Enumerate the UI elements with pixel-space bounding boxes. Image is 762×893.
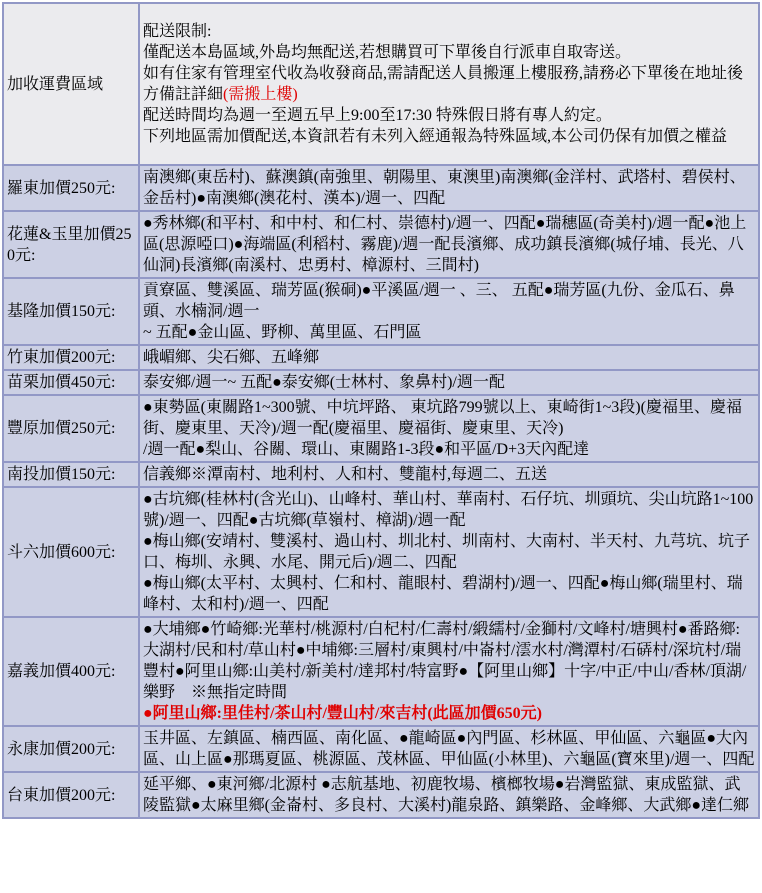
text-segment: 延平鄉、●東河鄉/北源村 ●志航基地、初鹿牧場、檳榔牧場●岩灣監獄、東成監獄、武… xyxy=(143,776,749,814)
text-segment: ●梅山鄉(安靖村、雙溪村、過山村、圳北村、圳南村、大南村、半天村、九芎坑、坑子口… xyxy=(143,533,750,571)
table-row: 嘉義加價400元:●大埔鄉●竹崎鄉:光華村/桃源村/白杞村/仁壽村/緞繻村/金獅… xyxy=(3,617,759,726)
text-segment: ●東勢區(東關路1~300號、中坑坪路、 東坑路799號以上、東崎街1~3段)(… xyxy=(143,399,742,437)
text-segment: 南澳鄉(東岳村)、蘇澳鎮(南強里、朝陽里、東澳里)南澳鄉(金洋村、武塔村、碧侯村… xyxy=(143,169,746,207)
row-content: ●古坑鄉(桂林村(含光山)、山峰村、華山村、華南村、石仔坑、圳頭坑、尖山坑路1~… xyxy=(139,487,759,617)
table-row: 竹東加價200元:峨嵋鄉、尖石鄉、五峰鄉 xyxy=(3,345,759,370)
text-segment: 玉井區、左鎮區、楠西區、南化區、●龍崎區●內門區、杉林區、甲仙區、六龜區●大內區… xyxy=(143,730,754,768)
text-segment: /週一配●梨山、谷關、環山、東關路1-3段●和平區/D+3天內配達 xyxy=(143,441,589,458)
shipping-table-body: 加收運費區域配送限制:僅配送本島區域,外島均無配送,若想購買可下單後自行派車自取… xyxy=(3,3,759,818)
row-content: 延平鄉、●東河鄉/北源村 ●志航基地、初鹿牧場、檳榔牧場●岩灣監獄、東成監獄、武… xyxy=(139,772,759,818)
row-content: 貢寮區、雙溪區、瑞芳區(猴硐)●平溪區/週一 、三、 五配●瑞芳區(九份、金瓜石… xyxy=(139,278,759,345)
row-label: 羅東加價250元: xyxy=(3,165,139,211)
row-content: 南澳鄉(東岳村)、蘇澳鎮(南強里、朝陽里、東澳里)南澳鄉(金洋村、武塔村、碧侯村… xyxy=(139,165,759,211)
table-row: 苗栗加價450元:泰安鄉/週一~ 五配●泰安鄉(士林村、象鼻村)/週一配 xyxy=(3,370,759,395)
table-row: 永康加價200元:玉井區、左鎮區、楠西區、南化區、●龍崎區●內門區、杉林區、甲仙… xyxy=(3,726,759,772)
row-label: 台東加價200元: xyxy=(3,772,139,818)
row-label: 豐原加價250元: xyxy=(3,395,139,462)
row-content: 信義鄉※潭南村、地利村、人和村、雙龍村,每週二、五送 xyxy=(139,462,759,487)
table-header-row: 加收運費區域配送限制:僅配送本島區域,外島均無配送,若想購買可下單後自行派車自取… xyxy=(3,3,759,165)
text-segment: 配送時間均為週一至週五早上9:00至17:30 特殊假日將有專人約定。 xyxy=(143,107,612,124)
text-segment: 峨嵋鄉、尖石鄉、五峰鄉 xyxy=(143,349,319,366)
alert-text-segment: ●阿里山鄉:里佳村/茶山村/豐山村/來吉村(此區加價650元) xyxy=(143,705,542,722)
text-segment: 僅配送本島區域,外島均無配送,若想購買可下單後自行派車自取寄送。 xyxy=(143,44,631,61)
text-segment: 下列地區需加價配送,本資訊若有未列入經通報為特殊區域,本公司仍保有加價之權益 xyxy=(143,128,727,145)
table-row: 花蓮&玉里加價250元:●秀林鄉(和平村、和中村、和仁村、崇德村)/週一、四配●… xyxy=(3,211,759,278)
table-row: 南投加價150元:信義鄉※潭南村、地利村、人和村、雙龍村,每週二、五送 xyxy=(3,462,759,487)
alert-text-segment: (需搬上樓) xyxy=(223,86,298,103)
row-label: 苗栗加價450元: xyxy=(3,370,139,395)
text-segment: ●大埔鄉●竹崎鄉:光華村/桃源村/白杞村/仁壽村/緞繻村/金獅村/文峰村/塘興村… xyxy=(143,621,746,680)
table-row: 台東加價200元:延平鄉、●東河鄉/北源村 ●志航基地、初鹿牧場、檳榔牧場●岩灣… xyxy=(3,772,759,818)
row-label: 斗六加價600元: xyxy=(3,487,139,617)
row-label: 嘉義加價400元: xyxy=(3,617,139,726)
row-content: 配送限制:僅配送本島區域,外島均無配送,若想購買可下單後自行派車自取寄送。如有住… xyxy=(139,3,759,165)
text-segment: 信義鄉※潭南村、地利村、人和村、雙龍村,每週二、五送 xyxy=(143,466,547,483)
shipping-fee-table: 加收運費區域配送限制:僅配送本島區域,外島均無配送,若想購買可下單後自行派車自取… xyxy=(2,2,760,819)
table-row: 斗六加價600元:●古坑鄉(桂林村(含光山)、山峰村、華山村、華南村、石仔坑、圳… xyxy=(3,487,759,617)
row-label: 竹東加價200元: xyxy=(3,345,139,370)
row-content: ●大埔鄉●竹崎鄉:光華村/桃源村/白杞村/仁壽村/緞繻村/金獅村/文峰村/塘興村… xyxy=(139,617,759,726)
row-content: ●東勢區(東關路1~300號、中坑坪路、 東坑路799號以上、東崎街1~3段)(… xyxy=(139,395,759,462)
text-segment: 樂野 ※無指定時間 xyxy=(143,684,287,701)
row-label: 加收運費區域 xyxy=(3,3,139,165)
text-segment: 泰安鄉/週一~ 五配●泰安鄉(士林村、象鼻村)/週一配 xyxy=(143,374,505,391)
text-segment: 配送限制: xyxy=(143,23,211,40)
row-content: 泰安鄉/週一~ 五配●泰安鄉(士林村、象鼻村)/週一配 xyxy=(139,370,759,395)
row-label: 永康加價200元: xyxy=(3,726,139,772)
row-label: 南投加價150元: xyxy=(3,462,139,487)
text-segment: ●古坑鄉(桂林村(含光山)、山峰村、華山村、華南村、石仔坑、圳頭坑、尖山坑路1~… xyxy=(143,491,753,529)
text-segment: ~ 五配●金山區、野柳、萬里區、石門區 xyxy=(143,324,421,341)
row-label: 基隆加價150元: xyxy=(3,278,139,345)
text-segment: ●秀林鄉(和平村、和中村、和仁村、崇德村)/週一、四配●瑞穗區(奇美村)/週一配… xyxy=(143,215,746,274)
row-content: 峨嵋鄉、尖石鄉、五峰鄉 xyxy=(139,345,759,370)
table-row: 羅東加價250元:南澳鄉(東岳村)、蘇澳鎮(南強里、朝陽里、東澳里)南澳鄉(金洋… xyxy=(3,165,759,211)
table-row: 豐原加價250元:●東勢區(東關路1~300號、中坑坪路、 東坑路799號以上、… xyxy=(3,395,759,462)
row-content: ●秀林鄉(和平村、和中村、和仁村、崇德村)/週一、四配●瑞穗區(奇美村)/週一配… xyxy=(139,211,759,278)
text-segment: 貢寮區、雙溪區、瑞芳區(猴硐)●平溪區/週一 、三、 五配●瑞芳區(九份、金瓜石… xyxy=(143,282,735,320)
text-segment: ●梅山鄉(太平村、太興村、仁和村、龍眼村、碧湖村)/週一、四配●梅山鄉(瑞里村、… xyxy=(143,575,743,613)
row-label: 花蓮&玉里加價250元: xyxy=(3,211,139,278)
row-content: 玉井區、左鎮區、楠西區、南化區、●龍崎區●內門區、杉林區、甲仙區、六龜區●大內區… xyxy=(139,726,759,772)
table-row: 基隆加價150元:貢寮區、雙溪區、瑞芳區(猴硐)●平溪區/週一 、三、 五配●瑞… xyxy=(3,278,759,345)
